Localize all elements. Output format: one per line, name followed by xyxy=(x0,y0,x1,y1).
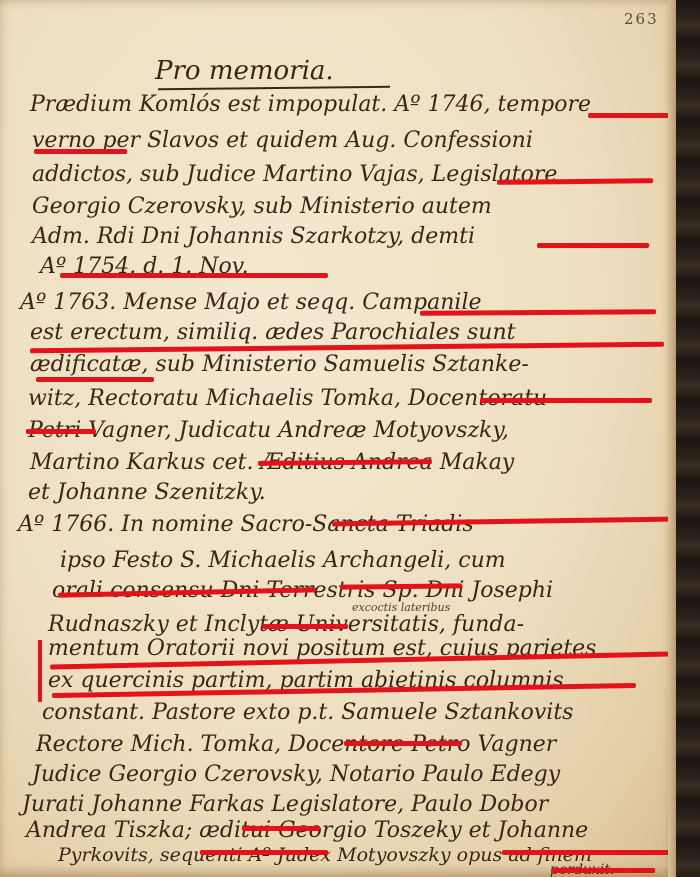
red-underline xyxy=(502,850,672,855)
red-underline xyxy=(480,398,652,403)
text-line: est erectum, similiq. ædes Parochiales s… xyxy=(30,320,515,345)
red-underline xyxy=(344,741,462,746)
red-underline xyxy=(36,377,154,382)
red-underline xyxy=(200,850,328,855)
red-underline xyxy=(262,624,348,629)
title-underline xyxy=(158,86,390,90)
page-edge xyxy=(668,0,676,877)
page-number: 263 xyxy=(624,10,659,28)
red-underline xyxy=(420,309,656,316)
text-line: ipso Festo S. Michaelis Archangeli, cum xyxy=(60,548,506,573)
red-underline xyxy=(497,178,653,185)
red-underline xyxy=(551,868,655,873)
book-binding xyxy=(676,0,700,877)
text-line: Aº 1763. Mense Majo et seqq. Campanile xyxy=(20,290,482,315)
text-line: Prædium Komlós est impopulat. Aº 1746, t… xyxy=(30,92,591,117)
red-underline xyxy=(588,113,670,118)
text-line: addictos, sub Judice Martino Vajas, Legi… xyxy=(32,162,557,187)
interlinear-insertion: excoctis lateribus xyxy=(352,601,450,614)
red-margin-bar xyxy=(38,640,42,702)
text-line: et Johanne Szenitzky. xyxy=(28,480,266,505)
text-line: constant. Pastore exto p.t. Samuele Szta… xyxy=(42,700,573,725)
manuscript-page: 263 Pro memoria. Prædium Komlós est impo… xyxy=(0,0,676,877)
text-line: Pyrkovits, sequenti Aº Judex Motyovszky … xyxy=(58,844,592,866)
red-underline xyxy=(537,243,649,248)
text-line: Rectore Mich. Tomka, Docentore Petro Vag… xyxy=(36,732,556,757)
red-underline xyxy=(34,149,127,154)
text-line: Jurati Johanne Farkas Legislatore, Paulo… xyxy=(22,792,548,817)
text-line: Petri Vagner, Judicatu Andreæ Motyovszky… xyxy=(28,418,509,443)
text-line: Judice Georgio Czerovsky, Notario Paulo … xyxy=(32,762,560,787)
red-underline xyxy=(242,826,320,831)
text-line: ædificatæ, sub Ministerio Samuelis Sztan… xyxy=(30,352,529,377)
document-title: Pro memoria. xyxy=(155,56,334,86)
red-underline xyxy=(60,273,328,278)
text-line: Georgio Czerovsky, sub Ministerio autem xyxy=(32,194,492,219)
text-line: Adm. Rdi Dni Johannis Szarkotzy, demti xyxy=(32,224,475,249)
text-line: witz, Rectoratu Michaelis Tomka, Docento… xyxy=(28,386,547,411)
red-underline xyxy=(26,429,96,434)
